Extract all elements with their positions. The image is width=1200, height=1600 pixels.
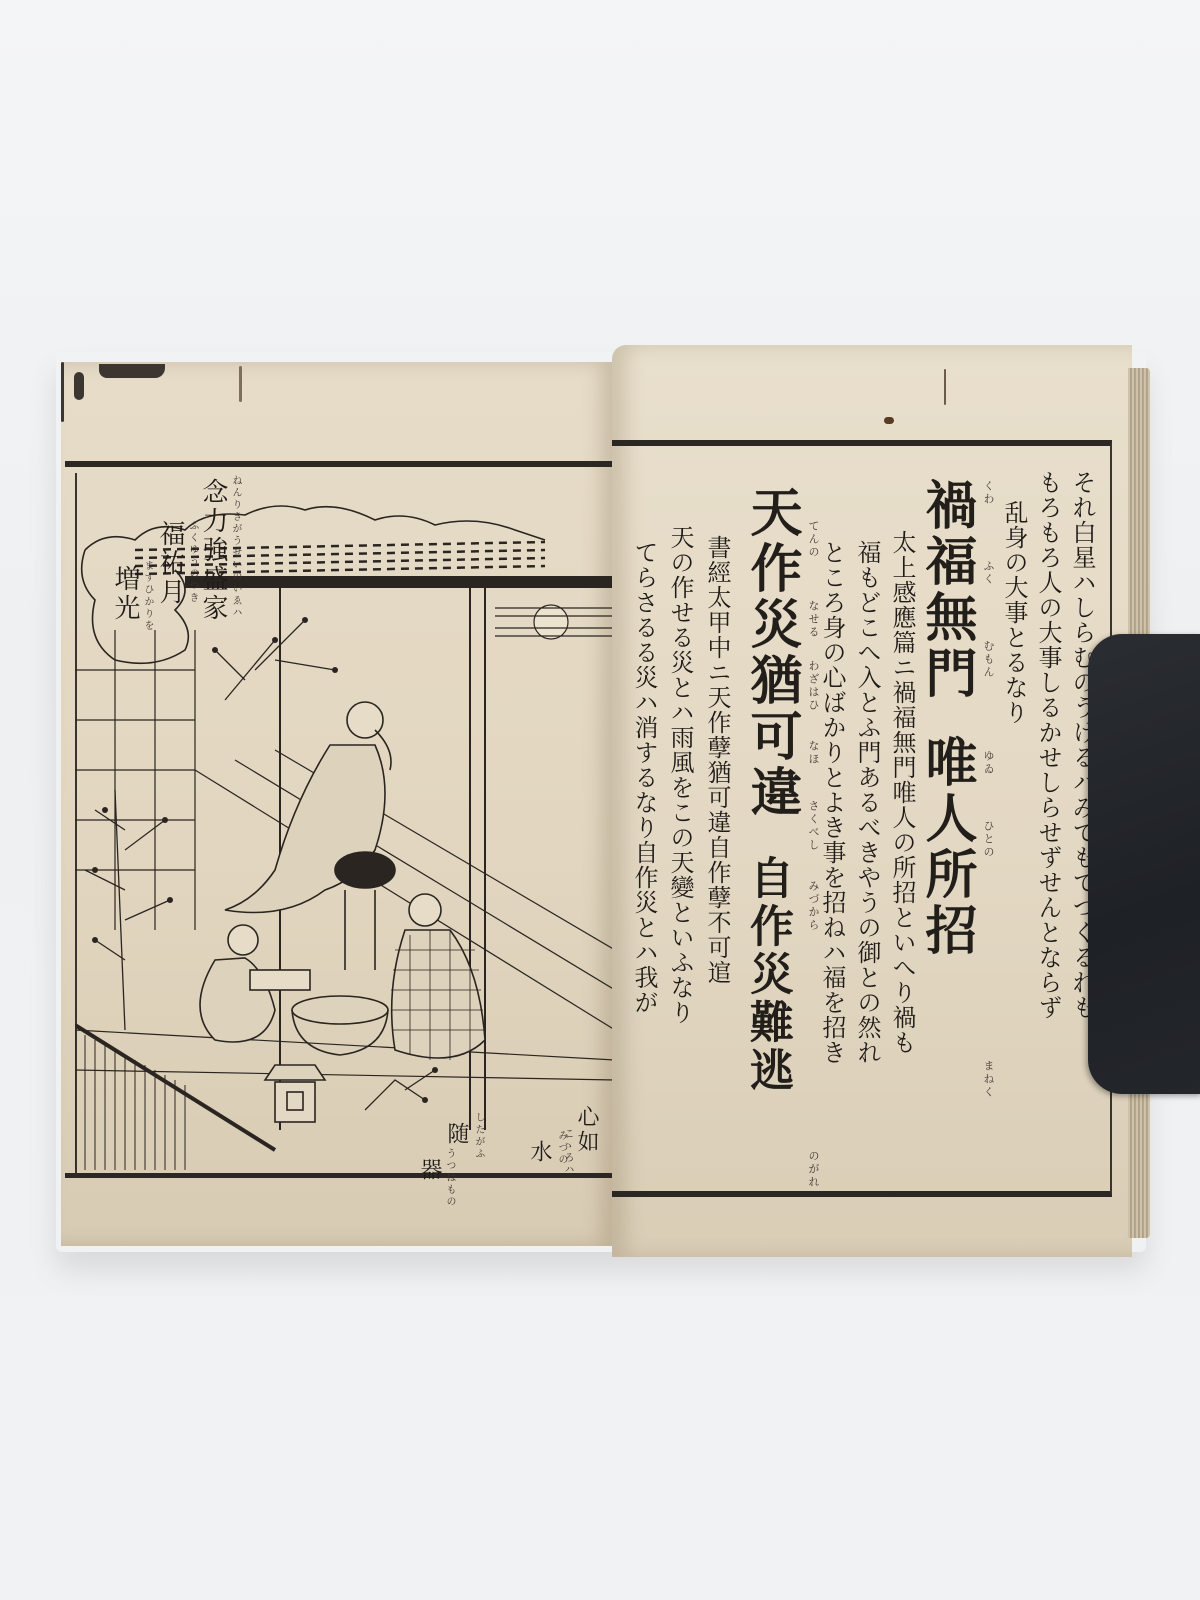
caption-line: 心如 [575,1105,597,1155]
caption-ruby: ますひかりを [142,560,152,632]
caption-ruby: ふくゆうのつき [187,520,197,604]
ruby-text: ゆゐ [983,750,994,776]
ruby-text: なせる [808,600,819,639]
heading-天作災猶可違: 天作災猶可違 [745,485,797,821]
paper-spot [884,417,894,424]
text-column: もろもろ人の大事しるかせしらせずせんとならず [1036,470,1060,1020]
ruby-text: てんの [808,520,819,559]
heading-唯人所招: 唯人所招 [920,735,972,959]
page-clip [1088,634,1200,1094]
text-column: 天の作せる災とハ雨風をこの天變といふなり [668,525,692,1025]
ruby-text: さくべし [808,800,819,852]
ruby-text: ふく [983,560,994,586]
heading-自作災難逃: 自作災難逃 [745,855,789,1095]
photo-scene: 念力強盛家 ねんりきがうせいのいゑハ 福祐月 ふくゆうのつき 増光 ますひかりを… [0,0,1200,1600]
paper-crease [239,366,242,402]
paper-crease [944,369,946,405]
ruby-text: むもん [983,640,994,679]
caption-ruby: したがふ [473,1112,483,1160]
ruby-text: まねく [983,1060,994,1099]
caption-ruby: うつはもの [444,1148,454,1208]
ruby-text: のがれ [808,1150,819,1189]
ruby-text: わざはひ [808,660,819,712]
text-column: 乱身の大事とるなり [1002,500,1026,725]
text-column: 福もどこへ入とふ門あるべきやうの御との然れ [855,540,879,1065]
text-column: 太上感應篇ニ禍福無門唯人の所招といへり禍も [890,530,914,1055]
caption-ruby: ねんりきがうせいのいゑハ [230,475,240,619]
ink-stain [74,372,84,400]
page-edge-mark [61,362,64,422]
caption-line: 器 [418,1158,440,1183]
caption-line: 水 [528,1140,550,1165]
ink-stain [99,364,165,378]
ruby-text: みづから [808,880,819,932]
caption-line: 随 [445,1122,467,1147]
heading-禍福無門: 禍福無門 [920,478,972,702]
caption-line: 福祐月 [157,520,183,607]
ruby-text: ひとの [983,820,994,859]
caption-ruby: みづの [556,1130,566,1166]
text-column: てらさるる災ハ消するなり自作災とハ我が [632,540,656,1015]
text-column: 書經太甲中ニ天作孽猶可違自作孽不可逭 [705,535,729,985]
ruby-text: くわ [983,480,994,506]
ruby-text: なほ [808,740,819,766]
caption-line: 念力強盛家 [200,478,226,623]
text-column: ところ身の心ばかりとよき事を招ねハ福を招き [820,540,844,1065]
caption-line: 増光 [112,565,138,623]
